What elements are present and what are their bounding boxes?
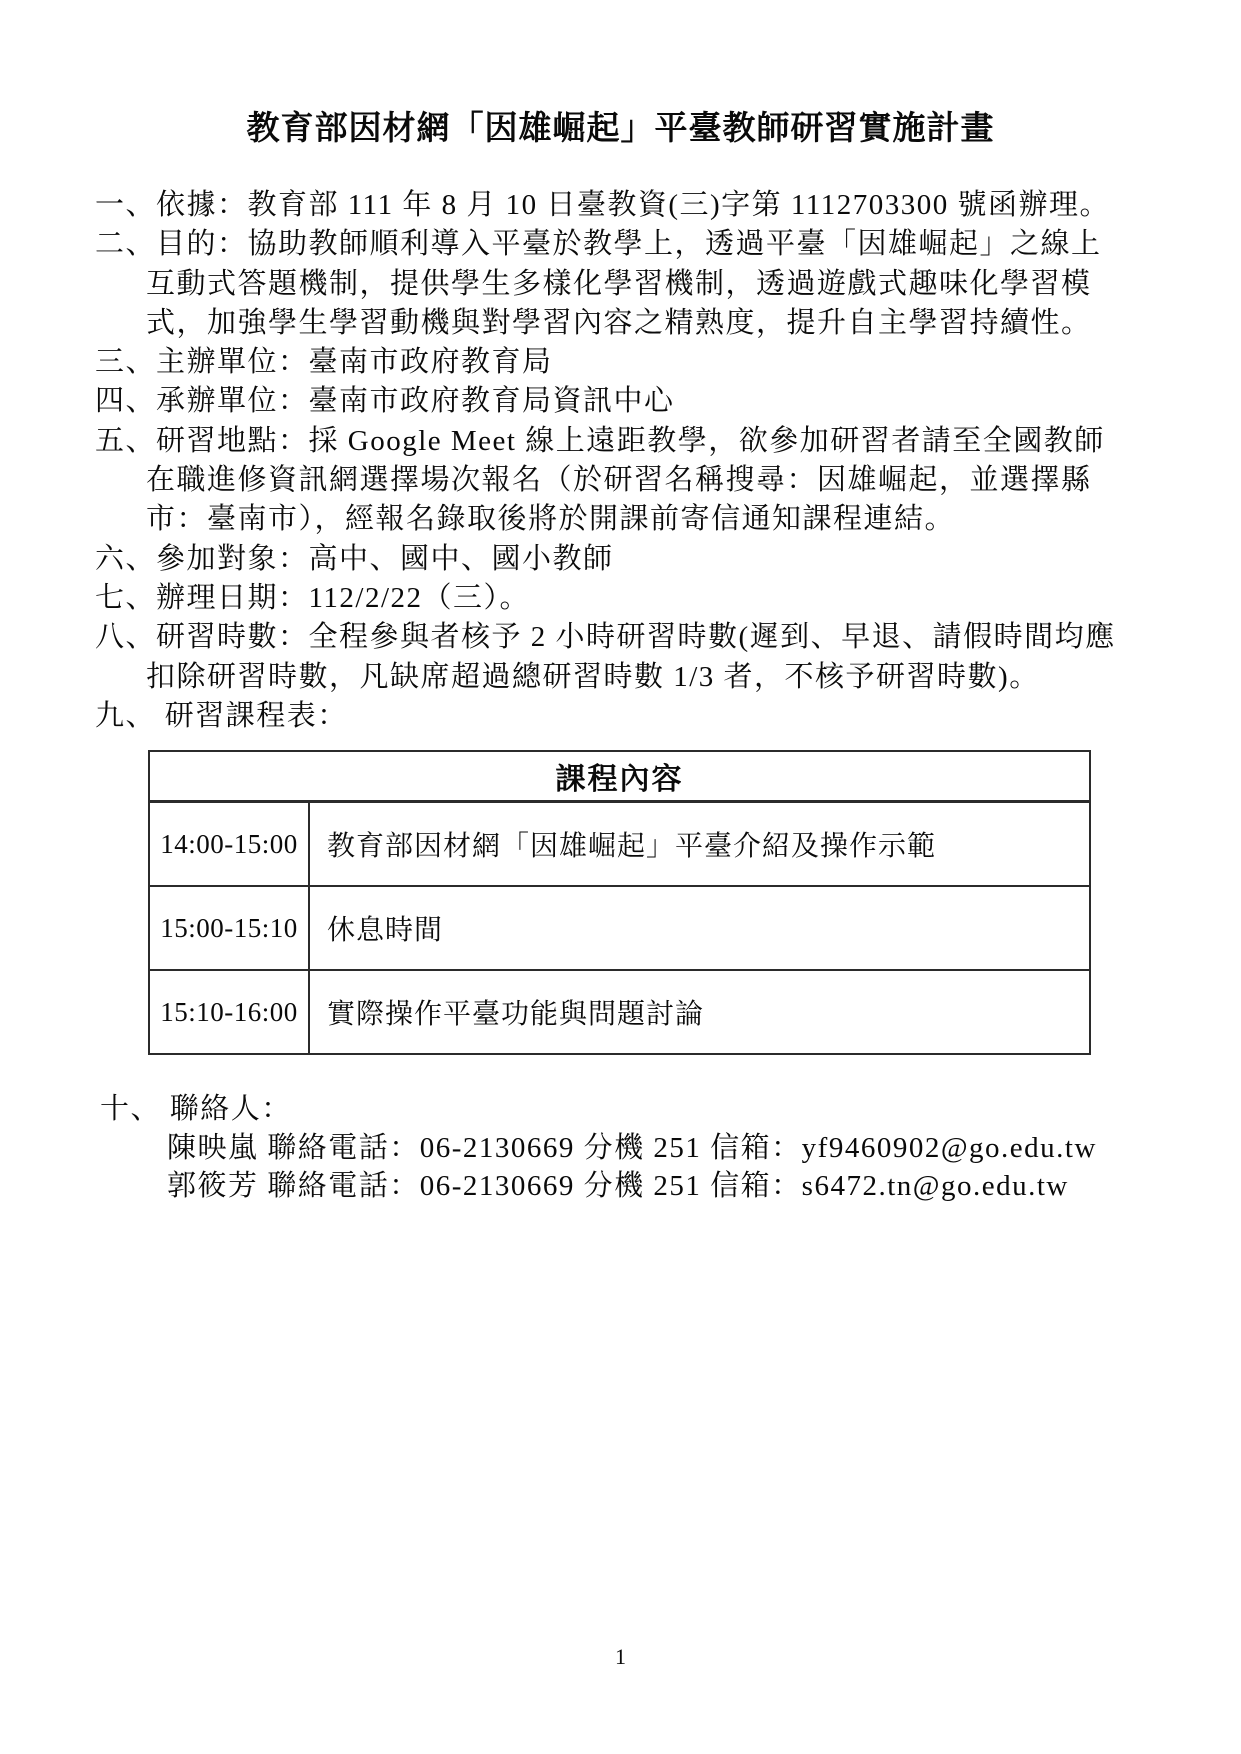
content-cell: 教育部因材網「因雄崛起」平臺介紹及操作示範	[309, 802, 1090, 887]
document-title: 教育部因材網「因雄崛起」平臺教師研習實施計畫	[0, 102, 1241, 149]
content-cell: 實際操作平臺功能與問題討論	[309, 970, 1090, 1054]
contact-line-2: 郭筱芳 聯絡電話：06-2130669 分機 251 信箱：s6472.tn@g…	[0, 1167, 1241, 1206]
body-list: 一、依據：教育部 111 年 8 月 10 日臺教資(三)字第 11127033…	[0, 186, 1241, 736]
body-line-13: 扣除研習時數，凡缺席超過總研習時數 1/3 者，不核予研習時數)。	[0, 658, 1241, 697]
schedule-table: 課程內容 14:00-15:00 教育部因材網「因雄崛起」平臺介紹及操作示範 1…	[148, 750, 1091, 1055]
time-cell: 15:00-15:10	[149, 886, 309, 970]
body-line-5: 三、主辦單位：臺南市政府教育局	[0, 343, 1241, 382]
body-line-8: 在職進修資訊網選擇場次報名（於研習名稱搜尋：因雄崛起，並選擇縣	[0, 461, 1241, 500]
table-row: 15:00-15:10 休息時間	[149, 886, 1090, 970]
time-cell: 15:10-16:00	[149, 970, 309, 1054]
time-cell: 14:00-15:00	[149, 802, 309, 887]
page-number: 1	[0, 1644, 1241, 1670]
content-cell: 休息時間	[309, 886, 1090, 970]
body-line-12: 八、研習時數：全程參與者核予 2 小時研習時數(遲到、早退、請假時間均應	[0, 618, 1241, 657]
body-line-1: 一、依據：教育部 111 年 8 月 10 日臺教資(三)字第 11127033…	[0, 186, 1241, 225]
body-line-4: 式，加強學生學習動機與對學習內容之精熟度，提升自主學習持續性。	[0, 304, 1241, 343]
body-line-10: 六、參加對象：高中、國中、國小教師	[0, 540, 1241, 579]
table-header-cell: 課程內容	[149, 751, 1090, 802]
contacts-section: 十、 聯絡人： 陳映嵐 聯絡電話：06-2130669 分機 251 信箱：yf…	[0, 1090, 1241, 1206]
table-row: 14:00-15:00 教育部因材網「因雄崛起」平臺介紹及操作示範	[149, 802, 1090, 887]
table-header-row: 課程內容	[149, 751, 1090, 802]
body-line-3: 互動式答題機制，提供學生多樣化學習機制，透過遊戲式趣味化學習模	[0, 265, 1241, 304]
body-line-6: 四、承辦單位：臺南市政府教育局資訊中心	[0, 382, 1241, 421]
body-line-9: 市：臺南市），經報名錄取後將於開課前寄信通知課程連結。	[0, 500, 1241, 539]
body-line-14: 九、 研習課程表：	[0, 697, 1241, 736]
table-row: 15:10-16:00 實際操作平臺功能與問題討論	[149, 970, 1090, 1054]
body-line-7: 五、研習地點：採 Google Meet 線上遠距教學，欲參加研習者請至全國教師	[0, 422, 1241, 461]
contacts-heading: 十、 聯絡人：	[0, 1090, 1241, 1129]
body-line-11: 七、辦理日期：112/2/22（三）。	[0, 579, 1241, 618]
contact-line-1: 陳映嵐 聯絡電話：06-2130669 分機 251 信箱：yf9460902@…	[0, 1129, 1241, 1168]
document-page: 教育部因材網「因雄崛起」平臺教師研習實施計畫 一、依據：教育部 111 年 8 …	[0, 0, 1241, 1754]
body-line-2: 二、目的：協助教師順利導入平臺於教學上，透過平臺「因雄崛起」之線上	[0, 225, 1241, 264]
